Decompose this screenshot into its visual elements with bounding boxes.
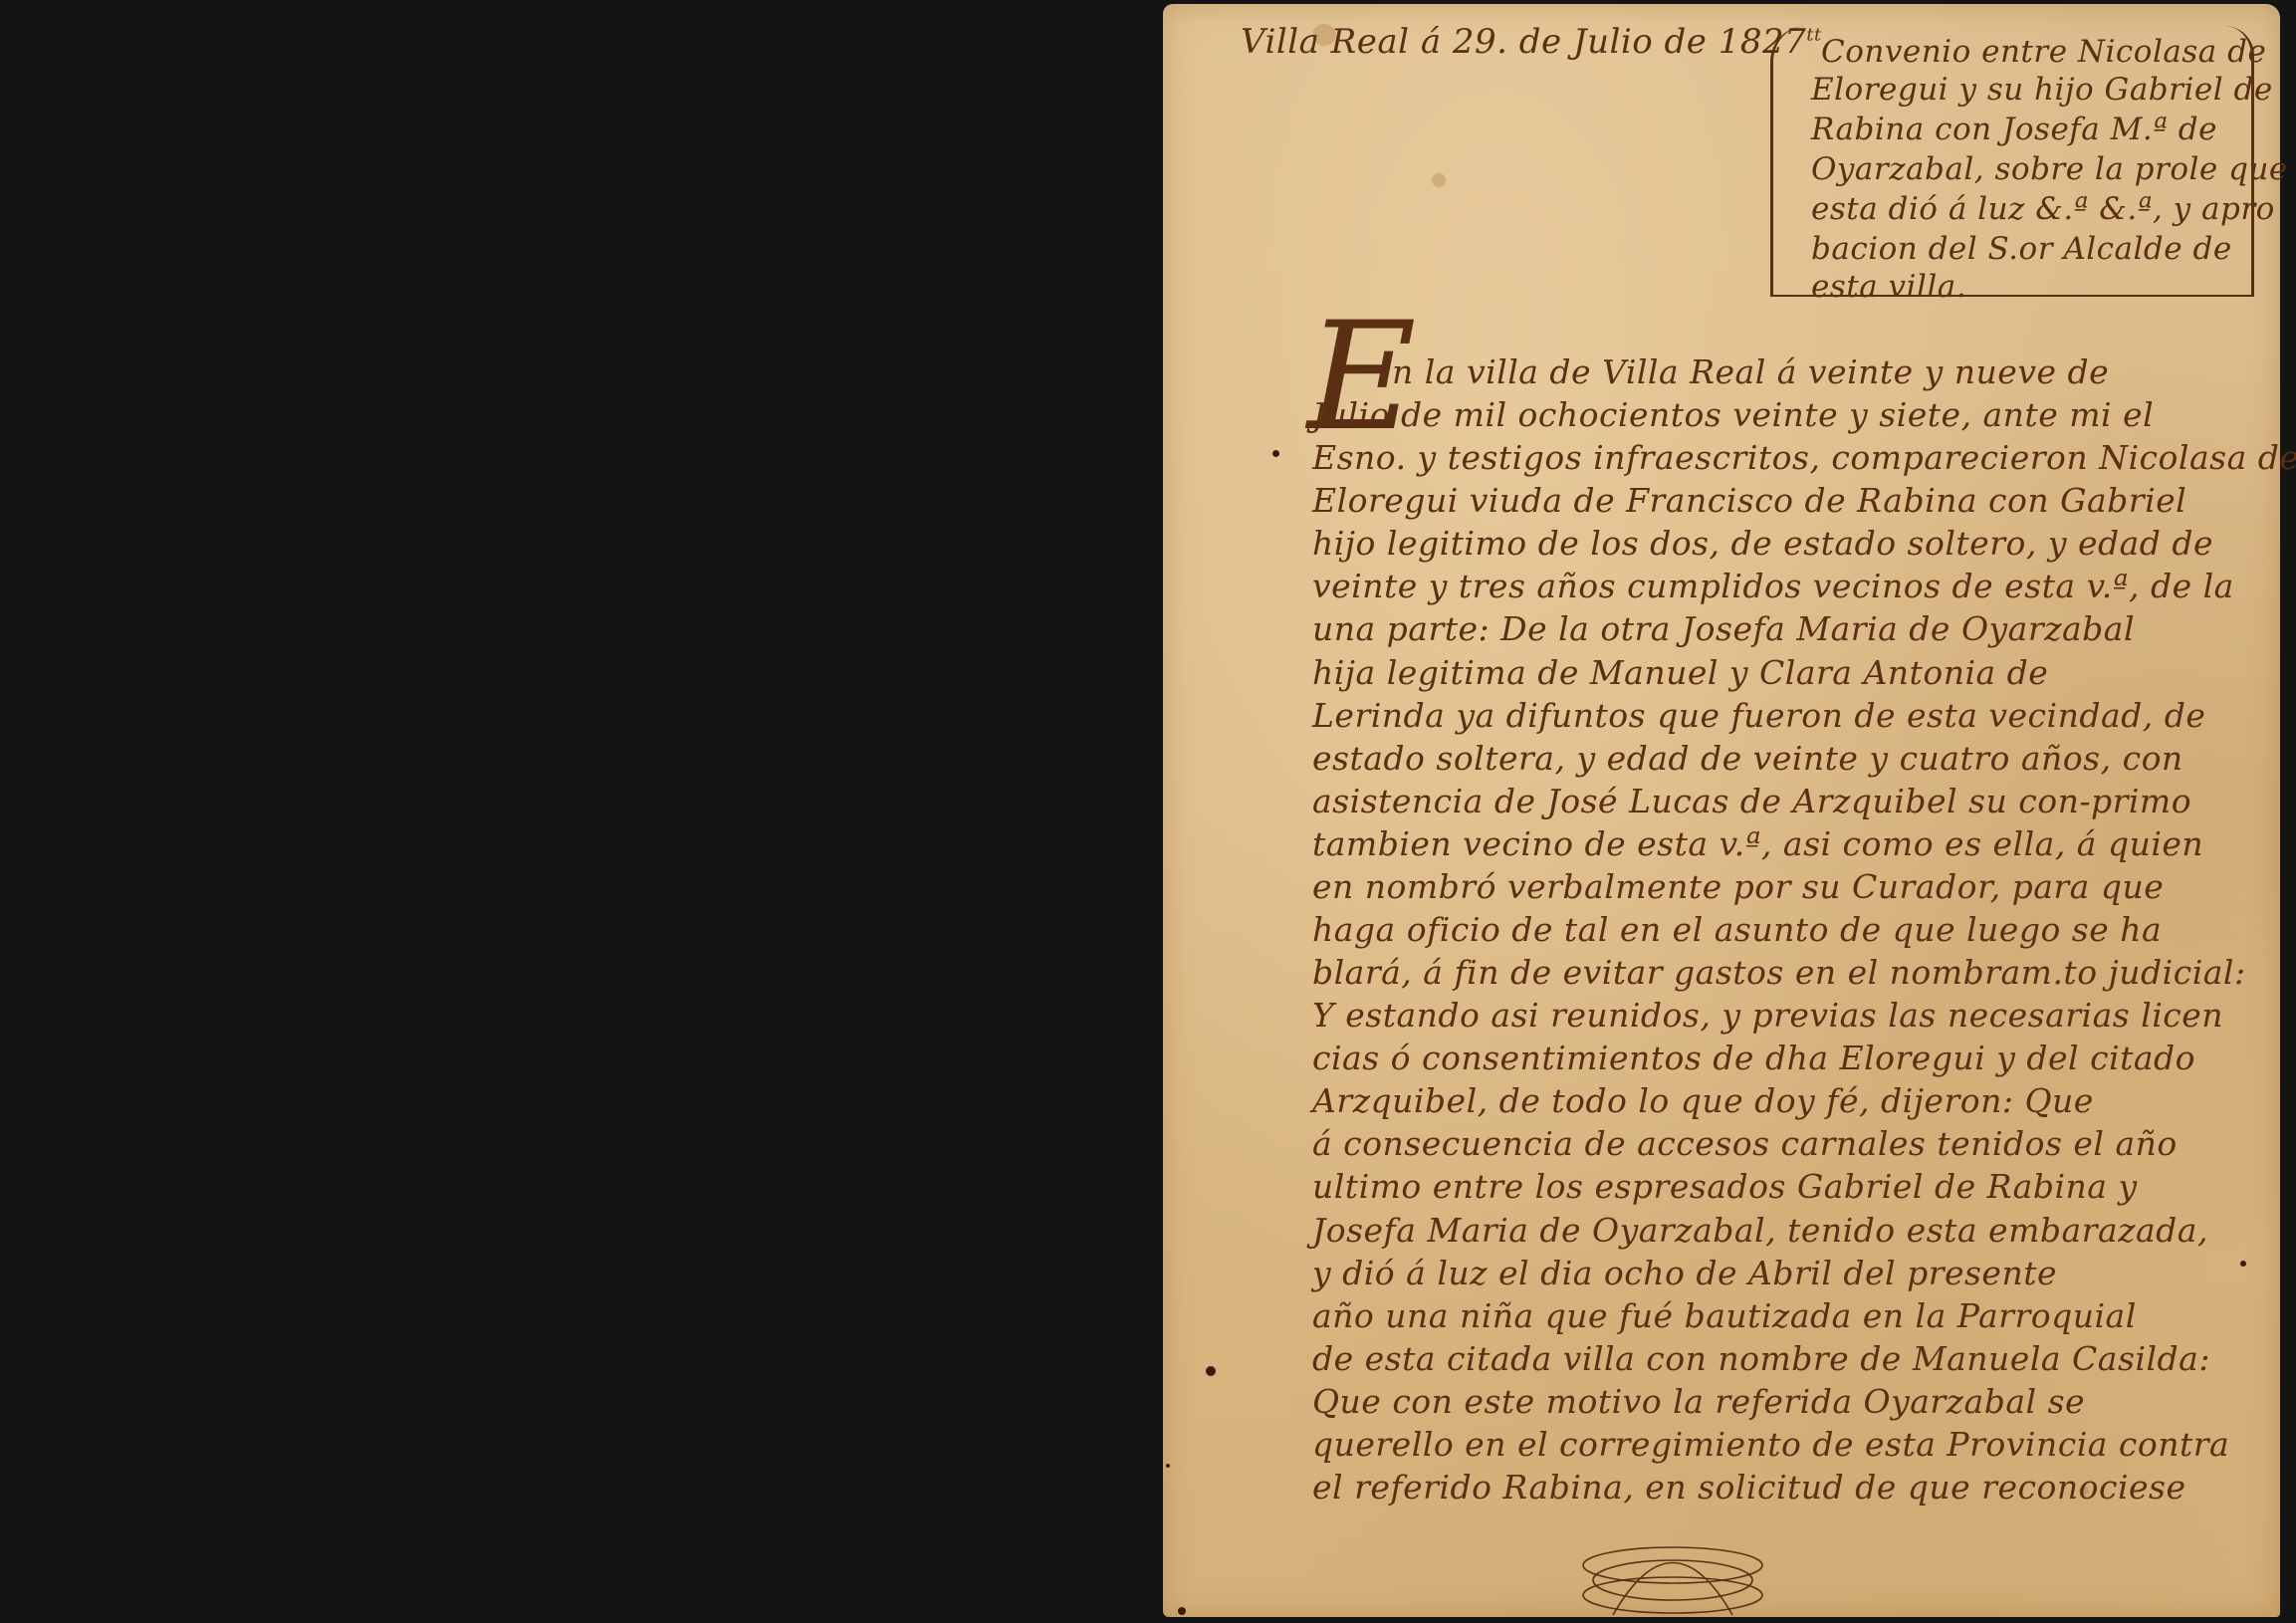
body-line: Y estando asi reunidos, y previas las ne…: [1312, 996, 2223, 1035]
flourish-ornament: [1573, 1535, 1772, 1623]
ink-dot: [1272, 450, 1279, 457]
body-line: estado soltera, y edad de veinte y cuatr…: [1312, 739, 2183, 778]
body-line: una parte: De la otra Josefa Maria de Oy…: [1312, 609, 2135, 648]
body-line: año una niña que fué bautizada en la Par…: [1312, 1296, 2137, 1335]
summary-line: Rabina con Josefa M.ª de: [1811, 112, 2217, 147]
body-line: Julio de mil ochocientos veinte y siete,…: [1312, 395, 2154, 434]
summary-box: Convenio entre Nicolasa de Eloregui y su…: [1770, 26, 2254, 297]
body-line: Josefa Maria de Oyarzabal, tenido esta e…: [1312, 1211, 2208, 1250]
ink-dot: [1206, 1366, 1216, 1376]
body-line: Esno. y testigos infraescritos, comparec…: [1312, 438, 2296, 477]
body-line: haga oficio de tal en el asunto de que l…: [1312, 910, 2162, 949]
body-line: de esta citada villa con nombre de Manue…: [1312, 1339, 2210, 1378]
body-line: hija legitima de Manuel y Clara Antonia …: [1312, 653, 2048, 692]
body-line: veinte y tres años cumplidos vecinos de …: [1312, 567, 2234, 605]
body-line: blará, á fin de evitar gastos en el nomb…: [1312, 953, 2246, 992]
body-line: á consecuencia de accesos carnales tenid…: [1312, 1124, 2178, 1163]
header-date: Villa Real á 29. de Julio de 1827tt: [1241, 22, 1822, 62]
summary-line: Convenio entre Nicolasa de: [1821, 34, 2266, 70]
body-line: asistencia de José Lucas de Arzquibel su…: [1312, 782, 2191, 820]
body-line: en nombró verbalmente por su Curador, pa…: [1312, 867, 2164, 906]
body-line: Que con este motivo la referida Oyarzaba…: [1312, 1382, 2085, 1421]
ink-dot: [2240, 1261, 2246, 1267]
paper-stain: [1432, 173, 1446, 187]
body-line: tambien vecino de esta v.ª, asi como es …: [1312, 824, 2203, 863]
summary-line: bacion del S.or Alcalde de: [1811, 231, 2232, 267]
summary-line: esta dió á luz &.ª &.ª, y apro: [1811, 191, 2275, 227]
header-date-text: Villa Real á 29. de Julio de 1827: [1241, 22, 1806, 62]
summary-line: Eloregui y su hijo Gabriel de: [1811, 72, 2273, 108]
summary-line: Oyarzabal, sobre la prole que: [1811, 151, 2288, 187]
body-line: Arzquibel, de todo lo que doy fé, dijero…: [1312, 1081, 2094, 1120]
body-line: y dió á luz el dia ocho de Abril del pre…: [1312, 1254, 2057, 1292]
body-line: querello en el corregimiento de esta Pro…: [1312, 1425, 2229, 1464]
ink-dot: [1178, 1607, 1186, 1615]
body-line: Eloregui viuda de Francisco de Rabina co…: [1312, 481, 2186, 520]
body-line: ultimo entre los espresados Gabriel de R…: [1312, 1167, 2138, 1206]
body-line: el referido Rabina, en solicitud de que …: [1312, 1468, 2186, 1507]
body-line: Lerinda ya difuntos que fueron de esta v…: [1312, 696, 2205, 735]
ink-dot: [1166, 1464, 1170, 1468]
body-line: hijo legitimo de los dos, de estado solt…: [1312, 524, 2213, 563]
manuscript-page: Villa Real á 29. de Julio de 1827tt Conv…: [1163, 4, 2280, 1617]
body-line: n la villa de Villa Real á veinte y nuev…: [1392, 352, 2109, 391]
body-line: cias ó consentimientos de dha Eloregui y…: [1312, 1039, 2195, 1077]
summary-line: esta villa.: [1811, 269, 1966, 305]
